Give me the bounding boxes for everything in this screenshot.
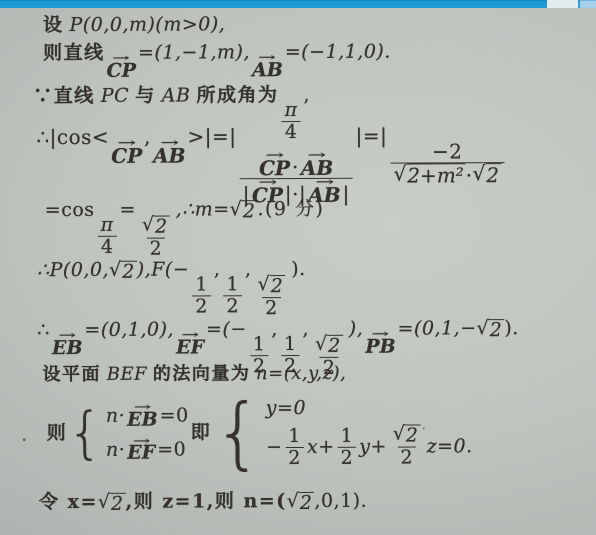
math-text: ,∴m= [176,198,230,220]
math-line-5: =cosπ4=22,∴m=2.(9 分) [45,198,325,261]
cn-text: 则 [47,422,68,446]
punct: ). [504,317,519,339]
score-note: .(9 分) [257,198,324,220]
math-text: AB [162,84,191,106]
fraction-sqrt2-2: 22 [390,425,424,469]
math-line-9: 则 n·EB=0 n·EF=0 即 y=0 −12x+12y+22z=0. [47,395,473,471]
math-text: P(0,0,m)(m>0), [69,13,225,36]
math-line-8: 设平面 BEF 的法向量为 n=(x,y,z), [42,363,346,387]
punct: , [144,125,151,149]
sqrt: 2 [258,275,286,297]
cn-text: 即 [191,422,212,446]
equation-system-1: n·EB=0 n·EF=0 [67,404,189,463]
math-text: ),F(− [137,258,190,280]
punct: , [271,318,278,340]
cn-text: 的法向量为 [153,363,251,384]
math-text: PC [101,85,129,107]
vector-AB: AB [153,139,186,165]
punct: ,0,1). [314,490,367,512]
cn-text: 与 [135,85,156,107]
sqrt: 2 [98,493,126,515]
cn-text: 设 [43,14,64,36]
fraction-pi-4: π4 [98,215,117,259]
math-text: >|=| [187,124,236,148]
math-text: =cos [45,199,95,221]
math-text: |=| [356,124,388,148]
vector-CP: CP [111,139,142,165]
fraction-1-2: 12 [192,275,211,319]
math-text: 令 x= [39,491,98,513]
math-text: ∴|cos< [36,125,109,149]
sqrt: 2 [230,200,258,222]
scanned-math-solution-page: 设 P(0,0,m)(m>0), 则直线CP=(1,−1,m),AB=(−1,1… [0,0,596,535]
paper-speck [23,438,26,441]
paper-speck [423,427,425,429]
math-text: =(0,1,0), [84,319,174,341]
fraction-sqrt2-2: 22 [139,216,173,260]
sqrt: 2 [287,492,315,514]
math-text: =(− [206,318,247,340]
document-content: 设 P(0,0,m)(m>0), 则直线CP=(1,−1,m),AB=(−1,1… [0,0,596,535]
math-text: =(1,−1,m), [138,41,250,63]
sqrt: 2 [473,164,502,187]
punct: , [245,258,252,280]
punct: , [303,84,310,106]
cn-text: 则直线 [43,42,105,64]
math-line-1: 设 P(0,0,m)(m>0), [43,13,225,38]
equation-system-2: y=0 −12x+12y+22z=0. [213,395,473,470]
system1-row2: n·EF=0 [106,438,186,463]
math-text: n=(x,y,z), [256,363,346,384]
punct: , [302,318,309,340]
fraction-sqrt2-2: 22 [255,275,289,319]
math-text: =(0,1,− [398,317,477,339]
math-text: ∴P(0,0, [37,259,109,281]
math-text: BEF [107,364,147,385]
sqrt: 2 [142,216,170,238]
math-line-6: ∴P(0,0,2),F(−12,12,22). [37,258,306,321]
equals: = [119,199,136,221]
sqrt: 2+m² [394,164,466,187]
cn-text: 设平面 [42,364,101,385]
math-text: ,则 z=1,则 n=( [126,490,287,513]
math-text: =(−1,1,0). [285,41,391,63]
math-line-4: ∴|cos<CP,AB>|=|CP·AB|CP|·|AB||=|−22+m²·2 [36,123,507,206]
vector-CP: CP [107,55,137,80]
system2-row2: −12x+12y+22z=0. [266,425,473,470]
punct: ). [291,258,306,280]
system1-row1: n·EB=0 [106,404,189,429]
vector-EB: EB [52,333,83,358]
system2-row1: y=0 [266,397,306,421]
cn-text: 所成角为 [196,84,278,106]
fraction-1-2: 12 [223,274,242,318]
fraction-result: −22+m²·2 [390,140,504,187]
vector-PB: PB [365,331,395,356]
vector-EF: EF [127,438,155,463]
therefore: ∴ [37,319,50,341]
math-text: ), [349,318,364,340]
math-line-2: 则直线CP=(1,−1,m),AB=(−1,1,0). [43,41,391,81]
sqrt: 2 [109,261,137,283]
fraction-1-2: 12 [285,426,304,470]
vector-EF: EF [176,332,204,357]
cn-text: ∵直线 [33,85,95,107]
vector-EB: EB [127,404,158,429]
dot-operator: · [292,156,299,178]
sqrt: 2 [315,335,343,357]
sqrt: 2 [393,425,421,447]
sqrt: 2 [477,319,505,341]
punct: , [214,258,221,280]
math-line-10: 令 x=2,则 z=1,则 n=(2,0,1). [39,490,367,515]
vector-AB: AB [252,55,283,80]
fraction-1-2: 12 [338,425,357,469]
